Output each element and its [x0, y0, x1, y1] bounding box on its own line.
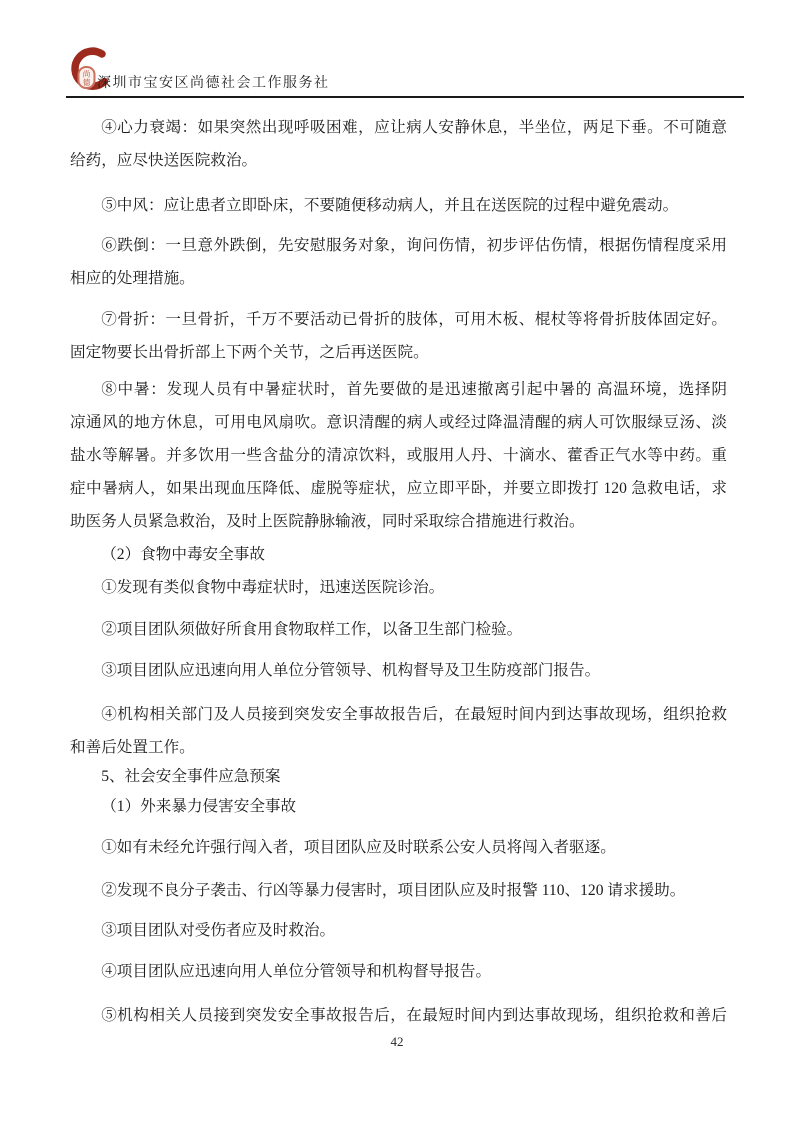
- paragraph: 5、社会安全事件应急预案: [70, 760, 727, 793]
- paragraph: （2）食物中毒安全事故: [70, 538, 727, 571]
- text-line: 固定物要长出骨折部上下两个关节，之后再送医院。: [70, 336, 727, 369]
- text-line: ⑥跌倒：一旦意外跌倒，先安慰服务对象，询问伤情，初步评估伤情，根据伤情程度采用: [70, 229, 727, 262]
- paragraph: ⑧中暑：发现人员有中暑症状时，首先要做的是迅速撤离引起中暑的 高温环境，选择阴凉…: [70, 373, 727, 538]
- text-line: 症中暑病人，如果出现血压降低、虚脱等症状，应立即平卧，并要立即拨打 120 急救…: [70, 472, 727, 505]
- paragraph: ⑤中风：应让患者立即卧床，不要随便移动病人，并且在送医院的过程中避免震动。: [70, 189, 727, 222]
- header-divider: [66, 96, 744, 98]
- text-line: ③项目团队对受伤者应及时救治。: [70, 914, 727, 947]
- text-line: ②发现不良分子袭击、行凶等暴力侵害时，项目团队应及时报警 110、120 请求援…: [70, 874, 727, 907]
- text-line: 给药，应尽快送医院救治。: [70, 144, 727, 177]
- text-line: ⑧中暑：发现人员有中暑症状时，首先要做的是迅速撤离引起中暑的 高温环境，选择阴: [70, 373, 727, 406]
- text-line: ①如有未经允许强行闯入者，项目团队应及时联系公安人员将闯入者驱逐。: [70, 831, 727, 864]
- paragraph: ⑤机构相关人员接到突发安全事故报告后，在最短时间内到达事故现场，组织抢救和善后: [70, 999, 727, 1032]
- text-line: ⑤中风：应让患者立即卧床，不要随便移动病人，并且在送医院的过程中避免震动。: [70, 189, 727, 222]
- logo-seal-char-top: 尚: [83, 69, 91, 79]
- text-line: ⑦骨折：一旦骨折，千万不要活动已骨折的肢体，可用木板、棍杖等将骨折肢体固定好。: [70, 303, 727, 336]
- paragraph: ③项目团队应迅速向用人单位分管领导、机构督导及卫生防疫部门报告。: [70, 654, 727, 687]
- text-line: （1）外来暴力侵害安全事故: [70, 790, 727, 823]
- text-line: ③项目团队应迅速向用人单位分管领导、机构督导及卫生防疫部门报告。: [70, 654, 727, 687]
- paragraph: ④项目团队应迅速向用人单位分管领导和机构督导报告。: [70, 955, 727, 988]
- text-line: 5、社会安全事件应急预案: [70, 760, 727, 793]
- text-line: ④机构相关部门及人员接到突发安全事故报告后，在最短时间内到达事故现场，组织抢救: [70, 698, 727, 731]
- text-line: ④项目团队应迅速向用人单位分管领导和机构督导报告。: [70, 955, 727, 988]
- text-line: 盐水等解暑。并多饮用一些含盐分的清凉饮料，或服用人丹、十滴水、藿香正气水等中药。…: [70, 439, 727, 472]
- text-line: ④心力衰竭：如果突然出现呼吸困难，应让病人安静休息，半坐位，两足下垂。不可随意: [70, 111, 727, 144]
- paragraph: ①如有未经允许强行闯入者，项目团队应及时联系公安人员将闯入者驱逐。: [70, 831, 727, 864]
- text-line: 凉通风的地方休息，可用电风扇吹。意识清醒的病人或经过降温清醒的病人可饮服绿豆汤、…: [70, 406, 727, 439]
- text-line: （2）食物中毒安全事故: [70, 538, 727, 571]
- paragraph: ②项目团队须做好所食用食物取样工作，以备卫生部门检验。: [70, 613, 727, 646]
- text-line: 相应的处理措施。: [70, 262, 727, 295]
- org-name: 深圳市宝安区尚德社会工作服务社: [97, 72, 330, 92]
- text-line: ①发现有类似食物中毒症状时，迅速送医院诊治。: [70, 571, 727, 604]
- paragraph: （1）外来暴力侵害安全事故: [70, 790, 727, 823]
- text-line: 助医务人员紧急救治，及时上医院静脉输液，同时采取综合措施进行救治。: [70, 505, 727, 538]
- document-body: ④心力衰竭：如果突然出现呼吸困难，应让病人安静休息，半坐位，两足下垂。不可随意给…: [70, 111, 727, 1032]
- paragraph: ④机构相关部门及人员接到突发安全事故报告后，在最短时间内到达事故现场，组织抢救和…: [70, 698, 727, 764]
- text-line: ⑤机构相关人员接到突发安全事故报告后，在最短时间内到达事故现场，组织抢救和善后: [70, 999, 727, 1032]
- paragraph: ⑥跌倒：一旦意外跌倒，先安慰服务对象，询问伤情，初步评估伤情，根据伤情程度采用相…: [70, 229, 727, 295]
- paragraph: ①发现有类似食物中毒症状时，迅速送医院诊治。: [70, 571, 727, 604]
- text-line: ②项目团队须做好所食用食物取样工作，以备卫生部门检验。: [70, 613, 727, 646]
- paragraph: ④心力衰竭：如果突然出现呼吸困难，应让病人安静休息，半坐位，两足下垂。不可随意给…: [70, 111, 727, 177]
- page-footer: 42: [0, 1034, 794, 1050]
- paragraph: ③项目团队对受伤者应及时救治。: [70, 914, 727, 947]
- document-page: 尚 德 深圳市宝安区尚德社会工作服务社 ④心力衰竭：如果突然出现呼吸困难，应让病…: [0, 0, 794, 1123]
- page-number: 42: [391, 1034, 404, 1049]
- logo-seal-char-bottom: 德: [83, 77, 91, 87]
- paragraph: ⑦骨折：一旦骨折，千万不要活动已骨折的肢体，可用木板、棍杖等将骨折肢体固定好。固…: [70, 303, 727, 369]
- paragraph: ②发现不良分子袭击、行凶等暴力侵害时，项目团队应及时报警 110、120 请求援…: [70, 874, 727, 907]
